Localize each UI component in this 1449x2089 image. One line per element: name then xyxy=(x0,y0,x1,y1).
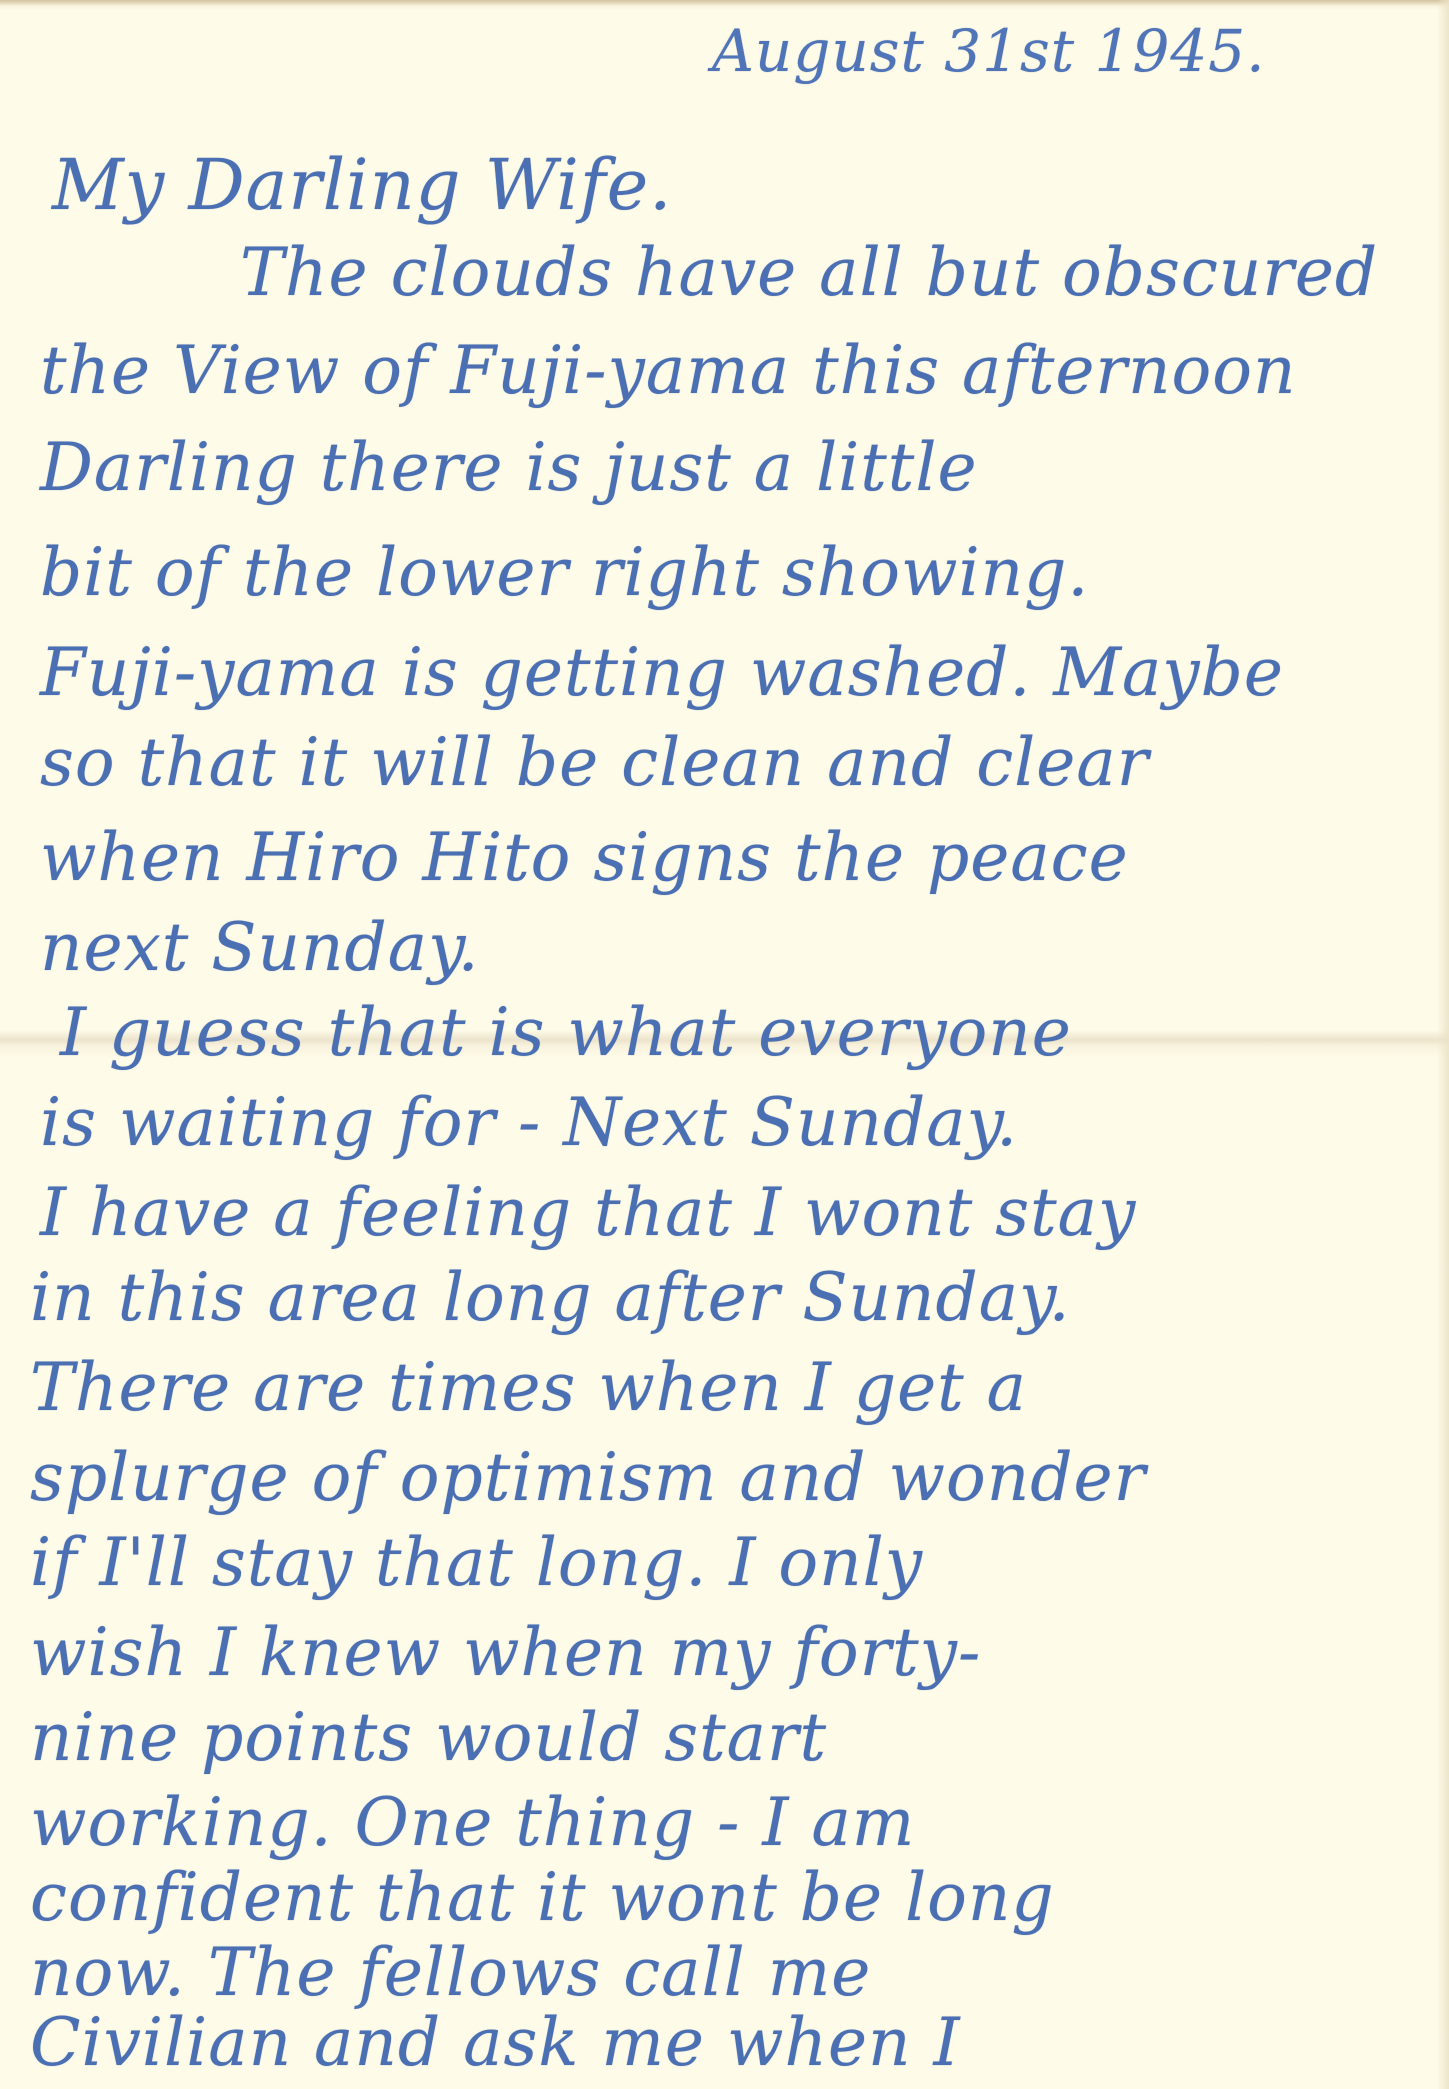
letter-page: August 31st 1945. My Darling Wife. The c… xyxy=(0,0,1449,2089)
letter-line: is waiting for - Next Sunday. xyxy=(40,1090,1018,1156)
letter-line: now. The fellows call me xyxy=(30,1940,871,2006)
letter-line: Civilian and ask me when I xyxy=(30,2010,961,2076)
letter-salutation: My Darling Wife. xyxy=(52,150,672,220)
letter-line: confident that it wont be long xyxy=(30,1865,1055,1931)
letter-line: wish I knew when my forty- xyxy=(30,1620,981,1686)
paper-right-edge xyxy=(1437,0,1449,2089)
letter-line: if I'll stay that long. I only xyxy=(30,1530,923,1596)
letter-line: Darling there is just a little xyxy=(40,435,978,501)
letter-line: The clouds have all but obscured xyxy=(240,240,1378,306)
letter-line: I have a feeling that I wont stay xyxy=(40,1180,1136,1246)
letter-line: so that it will be clean and clear xyxy=(40,730,1149,796)
letter-line: Fuji-yama is getting washed. Maybe xyxy=(40,640,1284,706)
paper-top-edge xyxy=(0,0,1449,6)
letter-line: There are times when I get a xyxy=(30,1355,1027,1421)
letter-line: I guess that is what everyone xyxy=(60,1000,1072,1066)
letter-line: splurge of optimism and wonder xyxy=(30,1445,1146,1511)
letter-line: the View of Fuji-yama this afternoon xyxy=(40,338,1296,404)
letter-line: working. One thing - I am xyxy=(30,1790,915,1856)
letter-line: when Hiro Hito signs the peace xyxy=(40,825,1129,891)
letter-line: nine points would start xyxy=(30,1705,827,1771)
letter-line: bit of the lower right showing. xyxy=(40,540,1089,606)
letter-line: next Sunday. xyxy=(40,915,480,981)
letter-date: August 31st 1945. xyxy=(712,22,1266,80)
letter-line: in this area long after Sunday. xyxy=(30,1265,1071,1331)
